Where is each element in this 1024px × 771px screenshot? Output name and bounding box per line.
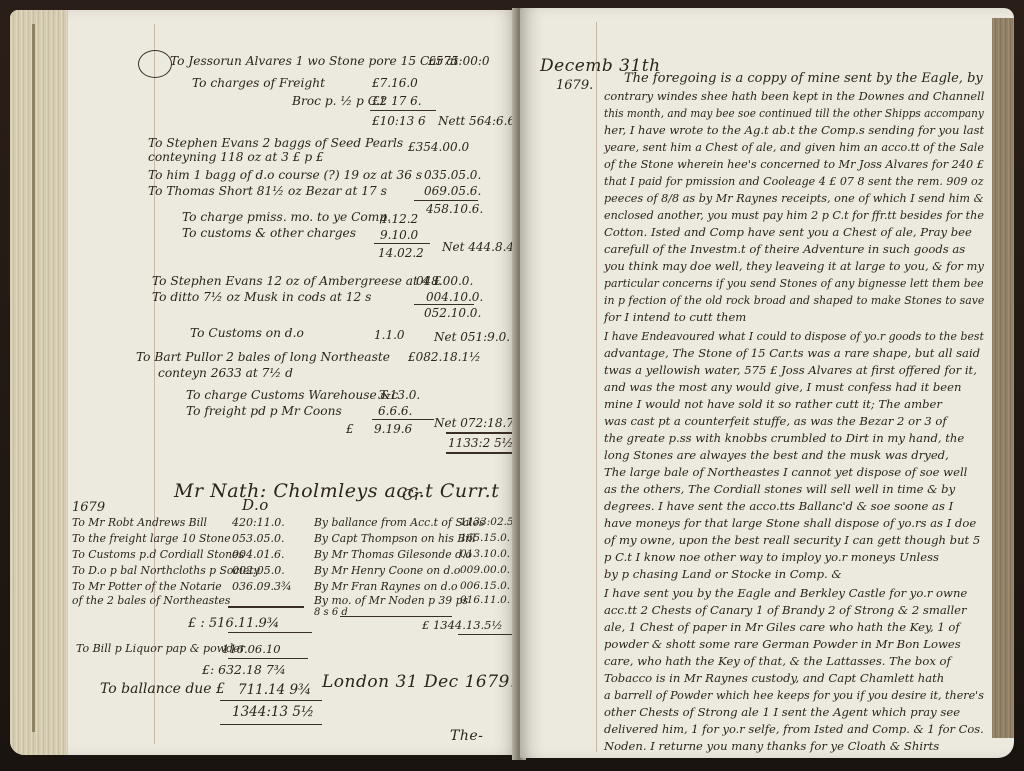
closing-place-date: London 31 Dec 1679. [322,672,516,692]
letter-line: The foregoing is a coppy of mine sent by… [624,70,983,87]
ledger-entry: To freight pd p Mr Coons [186,404,342,418]
left-margin-rule [154,24,155,744]
letter-line: for I intend to cutt them [604,309,746,326]
ledger-amount: £082.18.1½ [408,350,481,364]
letter-line: mine I would not have sold it so rather … [604,396,942,413]
debit-entry: of the 2 bales of Northeastes [72,594,230,608]
letter-line: was cast pt a counterfeit stuffe, as was… [604,413,947,430]
ledger-entry: To Stephen Evans 12 oz of Ambergreese at… [152,274,441,288]
letter-line: delivered him, 1 for yo.r selfe, from Is… [604,721,984,738]
ledger-amount: 9.19.6 [374,422,412,436]
letter-line: of the Stone wherein hee's concerned to … [604,156,984,173]
right-fore-edge [992,18,1014,738]
letter-line: you think may doe well, they leaveing it… [604,258,984,275]
letter-line: acc.tt 2 Chests of Canary 1 of Brandy 2 … [604,602,967,619]
ledger-entry: conteyn 2633 at 7½ d [158,366,293,380]
bill-entry: To Bill p Liquor pap & powder [76,642,245,656]
credit-entry: 8 s 6 d [314,606,348,620]
sum-rule [414,200,478,201]
sum-rule [220,700,322,701]
letter-line: of my owne, upon the best reall security… [604,532,980,549]
letter-line: The large bale of Northeastes I cannot y… [604,464,967,481]
ledger-entry: To charges of Freight [192,76,325,90]
letter-line: I have sent you by the Eagle and Berkley… [604,585,967,602]
letter-line: yeare, sent him a Chest of ale, and give… [604,139,984,156]
sum-rule [228,658,308,659]
ledger-amount: £354.00.0 [408,140,469,154]
sum-rule [220,724,322,725]
debit-label: D.o [242,496,269,514]
subtotal: £: 632.18 7¾ [202,662,286,677]
letter-line: contrary windes shee hath been kept in t… [604,88,984,105]
debit-entry: To Customs p.d Cordiall Stones [72,548,244,562]
ledger-amount: 3:13.0. [378,388,420,402]
right-margin-rule [596,22,597,752]
ledger-entry: To ditto 7½ oz Musk in cods at 12 s [152,290,371,304]
letter-line: as the others, The Cordiall stones will … [604,481,955,498]
ledger-entry: To Bart Pullor 2 bales of long Northeast… [136,350,390,364]
letter-line: Cotton. Isted and Comp have sent you a C… [604,224,972,241]
credit-label: Cr [402,486,422,504]
letter-line: her, I have wrote to the Ag.t ab.t the C… [604,122,984,139]
credit-entry: By Mr Fran Raynes on d.o [314,580,458,594]
letter-line: peeces of 8/8 as by Mr Raynes receipts, … [604,190,984,207]
sum-rule [228,606,304,608]
ledger-amount: 9.10.0 [380,228,418,242]
letter-line: enclosed another, you must pay him 2 p C… [604,207,984,224]
ledger-amount: 035.05.0. [424,168,481,182]
sum-rule [370,110,436,111]
letter-line: carefull of the Investm.t of theire Adve… [604,241,965,258]
credit-amount: 013.10.0. [460,548,510,560]
ledger-entry: To Stephen Evans 2 baggs of Seed Pearls [148,136,403,150]
ledger-entry: To him 1 bagg of d.o course (?) 19 oz at… [148,168,422,182]
ledger-entry: To customs & other charges [182,226,356,240]
left-page: To Jessorun Alvares 1 wo Stone pore 15 C… [10,10,518,755]
letter-line: that I paid for pmission and Cooleage 4 … [604,173,984,190]
letter-line: care, who hath the Key of that, & the La… [604,653,951,670]
debit-amount: 053.05.0. [232,532,284,545]
net-amount: Nett 564:6.6 [438,114,515,128]
letter-line: this month, and may bee soe continued ti… [604,105,984,122]
date-year: 1679. [556,78,593,93]
ledger-amount: £ [346,422,354,436]
sum-rule [228,632,312,633]
credit-total: £ 1344.13.5½ [422,618,503,632]
catchword: The- [450,728,483,744]
balance-entry: To ballance due £ [100,682,225,696]
credit-amount: 016.11.0. [460,594,510,606]
sum-rule [446,452,512,454]
sum-rule [372,419,434,420]
debit-amount: 036.09.3¾ [232,580,292,593]
ledger-amount: £2 17 6. [372,94,422,108]
net-amount: Net 072:18.7½ [434,416,518,430]
ledger-amount: 069.05.6. [424,184,481,198]
letter-line: and was the most any would give, I must … [604,379,961,396]
debit-entry: To Mr Potter of the Notarie [72,580,222,594]
ledger-amount: £10:13 6 [372,114,426,128]
credit-entry: By Mr Henry Coone on d.o [314,564,460,578]
ledger-amount: 048.00.0. [416,274,473,288]
ledger-amount: 458.10.6. [426,202,483,216]
book-spread: To Jessorun Alvares 1 wo Stone pore 15 C… [0,0,1024,771]
ledger-entry: conteyning 118 oz at 3 £ p £ [148,150,324,164]
net-amount: Net 051:9.0. [434,330,510,344]
debit-amount: 420:11.0. [232,516,285,529]
debit-amount: 004.01.6. [232,548,284,561]
letter-line: long Stones are alwayes the best and the… [604,447,949,464]
ledger-amount: 4.12.2 [380,212,418,226]
letter-line: advantage, The Stone of 15 Car.ts was a … [604,345,980,362]
bill-amount: 116.06.10 [222,642,281,656]
right-page: Decemb 31th 1679. The foregoing is a cop… [520,8,1014,758]
letter-line: particular concerns if you send Stones o… [604,275,984,292]
letter-line: have moneys for that large Stone shall d… [604,515,976,532]
account-year: 1679 [72,500,105,515]
ledger-entry: To charge pmiss. mo. to ye Comp. [182,210,391,224]
sum-rule [446,432,512,434]
account-title: Mr Nath: Cholmleys acc.t Curr.t [174,480,499,502]
ledger-amount: 1.1.0 [374,328,405,342]
credit-amount: 1133:02.5½ [460,516,518,528]
total-amount: 1133:2 5½ [448,436,513,450]
letter-line: a barrell of Powder which hee keeps for … [604,687,984,704]
left-fore-edge [10,10,68,755]
ledger-amount: 004.10.0. [426,290,483,304]
letter-line: powder & shott some rare German Powder i… [604,636,961,653]
ledger-entry: To Thomas Short 81½ oz Bezar at 17 s [148,184,387,198]
balance-amount: 711.14 9¾ [238,682,311,698]
sum-rule [414,304,474,305]
ledger-amount: 6.6.6. [378,404,412,418]
credit-amount: 165.15.0. [460,532,510,544]
letter-line: twas a yellowish water, 575 £ Joss Alvar… [604,362,977,379]
debit-total: £ : 516.11.9¾ [188,616,279,631]
letter-line: by p chasing Land or Stocke in Comp. & [604,566,842,583]
letter-line: degrees. I have sent the acco.tts Ballan… [604,498,953,515]
debit-entry: To Mr Robt Andrews Bill [72,516,207,530]
debit-amount: 002:05.0. [232,564,285,577]
letter-line: p C.t I know noe other way to imploy yo.… [604,549,939,566]
letter-line: ale, 1 Chest of paper in Mr Giles care w… [604,619,960,636]
credit-entry: By ballance from Acc.t of Sales [314,516,485,530]
ledger-entry: To charge Customs Warehouse &c [186,388,398,402]
grand-total: 1344:13 5½ [232,704,314,720]
ledger-amount: £575:00:0 [428,54,490,68]
ledger-entry: To Customs on d.o [190,326,304,340]
ledger-amount: £7.16.0 [372,76,418,90]
sum-rule [458,634,514,635]
ledger-amount: 14.02.2 [378,246,424,260]
letter-line: the greate p.ss with knobbs crumbled to … [604,430,964,447]
net-amount: Net 444.8.4 [442,240,514,254]
initial-flourish-icon [138,50,172,78]
letter-line: I have Endeavoured what I could to dispo… [604,328,984,345]
letter-line: Tobacco is in Mr Raynes custody, and Cap… [604,670,944,687]
credit-amount: 009.00.0. [460,564,510,576]
sum-rule [340,616,452,617]
ledger-entry: To Jessorun Alvares 1 wo Stone pore 15 C… [170,54,458,68]
credit-entry: By Capt Thompson on his Bill [314,532,476,546]
credit-entry: By Mr Thomas Gilesonde d.o [314,548,472,562]
letter-line: other Chests of Strong ale 1 I sent the … [604,704,960,721]
letter-line: in p fection of the old rock broad and s… [604,292,984,309]
sum-rule [374,243,430,244]
credit-amount: 006.15.0. [460,580,510,592]
debit-entry: To the freight large 10 Stone [72,532,231,546]
letter-line: Noden. I returne you many thanks for ye … [604,738,939,755]
ledger-amount: 052.10.0. [424,306,481,320]
